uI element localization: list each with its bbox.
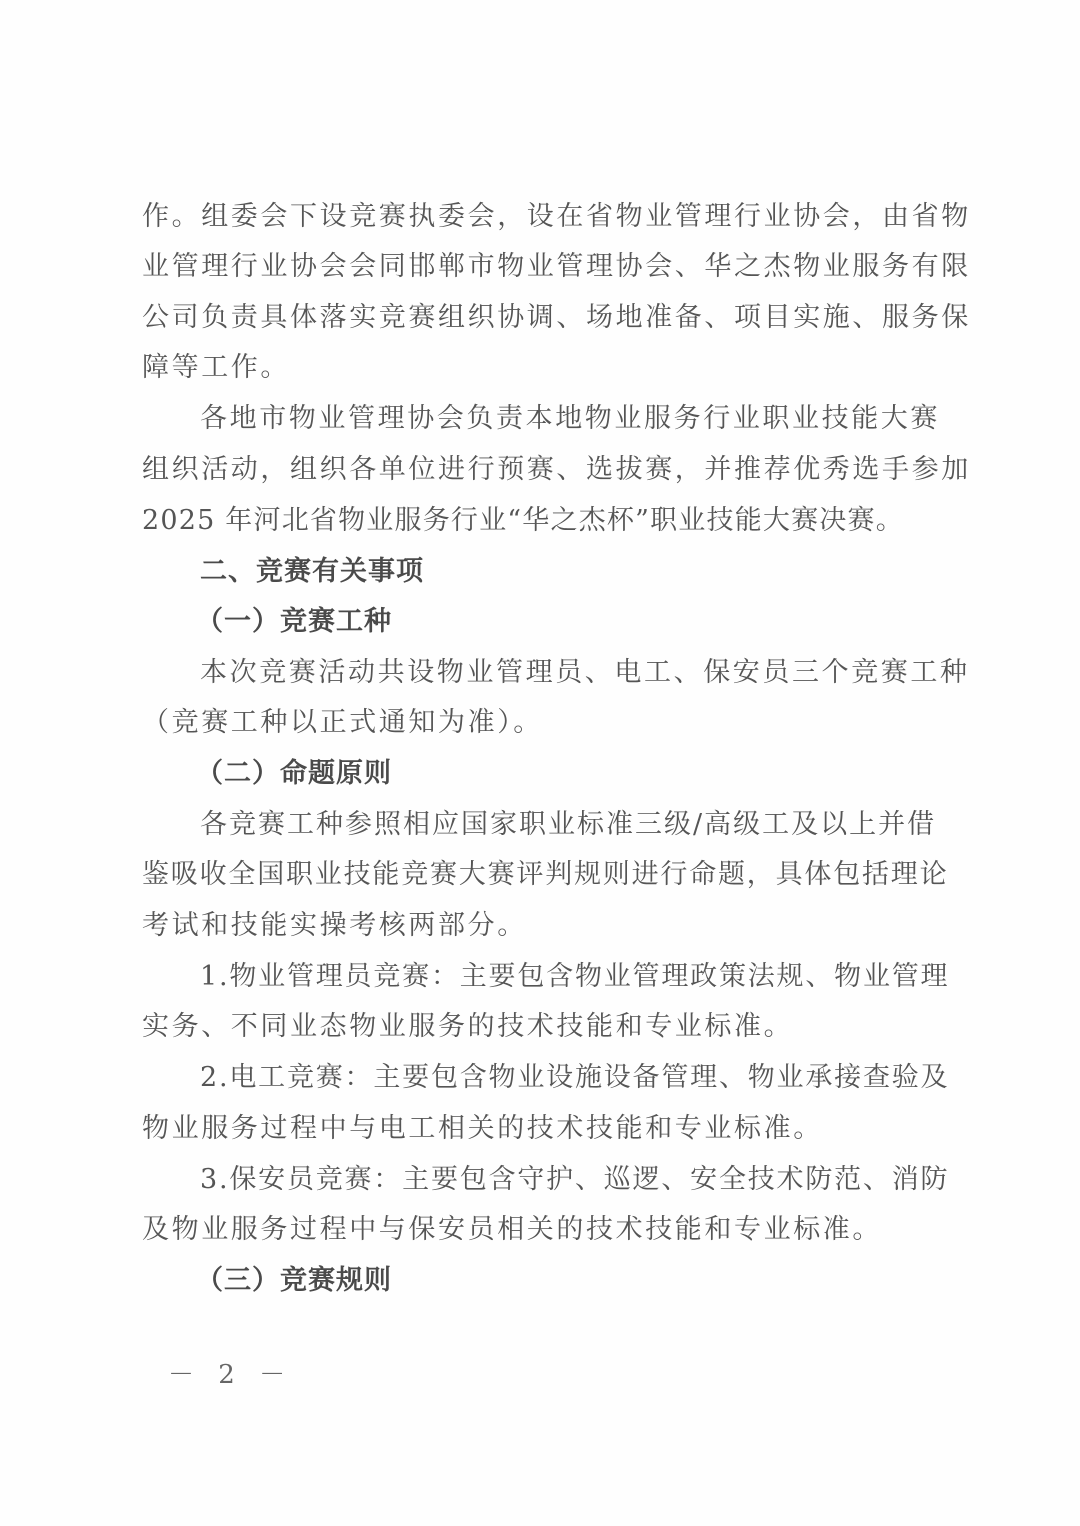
page-number: － 2 － — [168, 1354, 293, 1391]
document-page: 作。组委会下设竞赛执委会，设在省物业管理行业协会，由省物 业管理行业协会会同邯郸… — [0, 0, 1080, 1526]
body-text-line: 作。组委会下设竞赛执委会，设在省物业管理行业协会，由省物 — [142, 200, 942, 234]
section-heading-2: 二、竞赛有关事项 — [200, 555, 1000, 589]
subsection-heading-1: （一）竞赛工种 — [196, 605, 996, 639]
body-text-line: 考试和技能实操考核两部分。 — [142, 909, 942, 943]
body-text-line: 及物业服务过程中与保安员相关的技术技能和专业标准。 — [142, 1213, 942, 1247]
paragraph-start-line: 本次竞赛活动共设物业管理员、电工、保安员三个竞赛工种 — [200, 656, 1000, 690]
body-text-line: 障等工作。 — [142, 351, 942, 385]
subsection-heading-2: （二）命题原则 — [196, 757, 996, 791]
list-item-3: 3.保安员竞赛：主要包含守护、巡逻、安全技术防范、消防 — [200, 1163, 1000, 1197]
body-text-line: 2025 年河北省物业服务行业“华之杰杯”职业技能大赛决赛。 — [142, 504, 942, 538]
body-text-line: 鉴吸收全国职业技能竞赛大赛评判规则进行命题，具体包括理论 — [142, 858, 942, 892]
body-text-line: 组织活动，组织各单位进行预赛、选拔赛，并推荐优秀选手参加 — [142, 453, 942, 487]
list-item-2: 2.电工竞赛：主要包含物业设施设备管理、物业承接查验及 — [200, 1061, 1000, 1095]
paragraph-start-line: 各竞赛工种参照相应国家职业标准三级/高级工及以上并借 — [200, 808, 1000, 842]
list-item-1: 1.物业管理员竞赛：主要包含物业管理政策法规、物业管理 — [200, 960, 1000, 994]
body-text-line: （竞赛工种以正式通知为准）。 — [142, 706, 942, 740]
subsection-heading-3: （三）竞赛规则 — [196, 1264, 996, 1298]
body-text-line: 实务、不同业态物业服务的技术技能和专业标准。 — [142, 1010, 942, 1044]
body-text-line: 物业服务过程中与电工相关的技术技能和专业标准。 — [142, 1112, 942, 1146]
body-text-line: 业管理行业协会会同邯郸市物业管理协会、华之杰物业服务有限 — [142, 250, 942, 284]
paragraph-start-line: 各地市物业管理协会负责本地物业服务行业职业技能大赛 — [200, 402, 1000, 436]
body-text-line: 公司负责具体落实竞赛组织协调、场地准备、项目实施、服务保 — [142, 301, 942, 335]
